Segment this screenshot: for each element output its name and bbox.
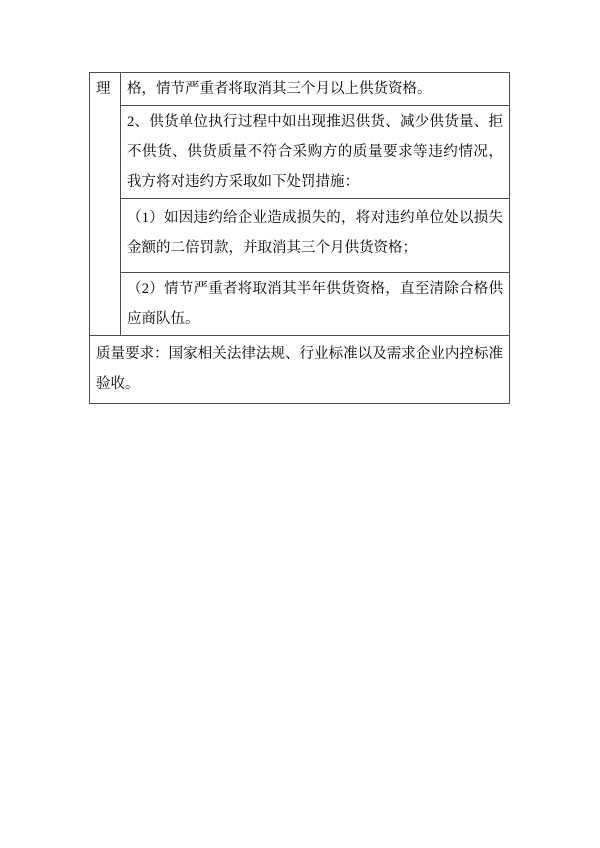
table-cell-clause-2-item-2: （2）情节严重者将取消其半年供货资格，直至清除合格供应商队伍。 [121, 273, 510, 336]
table-row: 质量要求：国家相关法律法规、行业标准以及需求企业内控标准验收。 [90, 336, 510, 404]
table-cell-penalty-continued: 格，情节严重者将取消其三个月以上供货资格。 [121, 73, 510, 106]
table-cell-clause-2-item-1: （1）如因违约给企业造成损失的，将对违约单位处以损失金额的二倍罚款，并取消其三个… [121, 199, 510, 273]
table-row: （1）如因违约给企业造成损失的，将对违约单位处以损失金额的二倍罚款，并取消其三个… [90, 199, 510, 273]
merged-row-label-cell: 理 [90, 73, 121, 336]
table-cell-clause-2: 2、供货单位执行过程中如出现推迟供货、减少供货量、拒不供货、供货质量不符合采购方… [121, 106, 510, 199]
document-page: 理 格，情节严重者将取消其三个月以上供货资格。 2、供货单位执行过程中如出现推迟… [0, 0, 600, 848]
table-row: 2、供货单位执行过程中如出现推迟供货、减少供货量、拒不供货、供货质量不符合采购方… [90, 106, 510, 199]
table-cell-quality-requirements: 质量要求：国家相关法律法规、行业标准以及需求企业内控标准验收。 [90, 336, 510, 404]
supply-penalty-table: 理 格，情节严重者将取消其三个月以上供货资格。 2、供货单位执行过程中如出现推迟… [89, 72, 510, 404]
table-row: （2）情节严重者将取消其半年供货资格，直至清除合格供应商队伍。 [90, 273, 510, 336]
table-row: 理 格，情节严重者将取消其三个月以上供货资格。 [90, 73, 510, 106]
